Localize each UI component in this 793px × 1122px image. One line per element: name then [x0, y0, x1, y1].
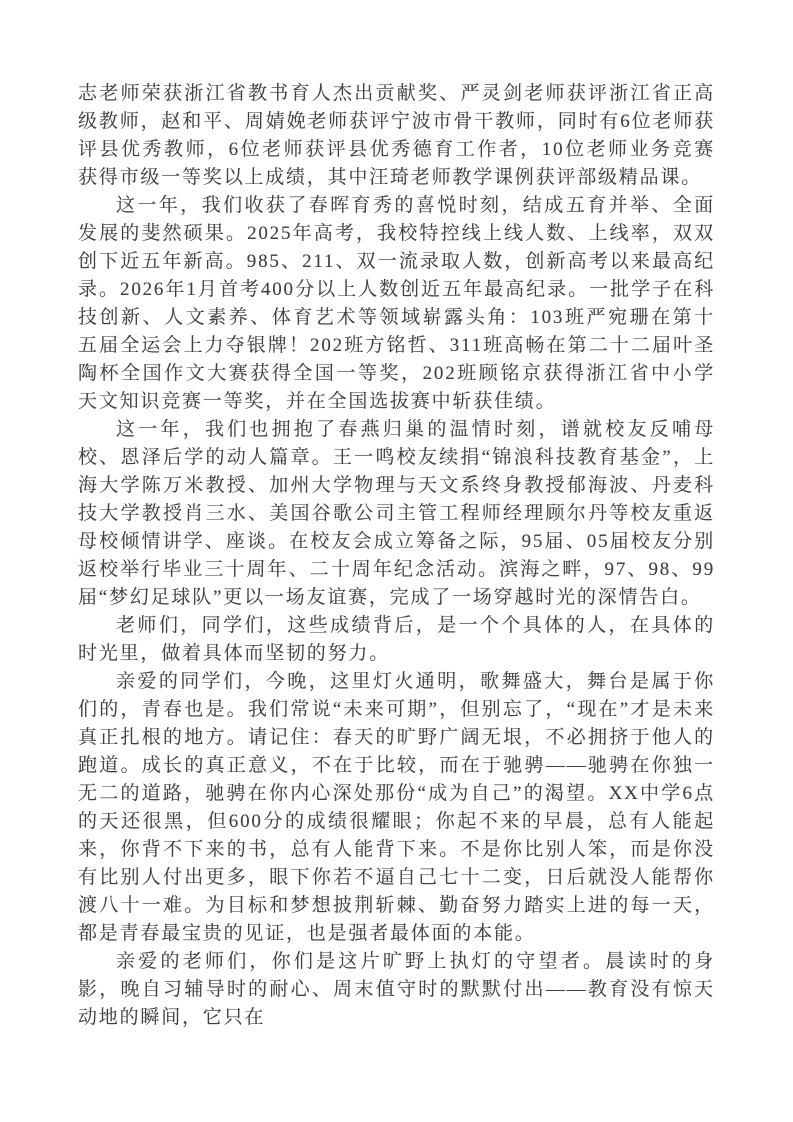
paragraph: 亲爱的老师们，你们是这片旷野上执灯的守望者。晨读时的身影，晚自习辅导时的耐心、周… — [78, 948, 715, 1032]
paragraph: 志老师荣获浙江省教书育人杰出贡献奖、严灵剑老师获评浙江省正高级教师，赵和平、周婧… — [78, 80, 715, 192]
paragraph: 老师们，同学们，这些成绩背后，是一个个具体的人，在具体的时光里，做着具体而坚韧的… — [78, 612, 715, 668]
paragraph: 这一年，我们也拥抱了春燕归巢的温情时刻，谱就校友反哺母校、恩泽后学的动人篇章。王… — [78, 416, 715, 612]
document-body: 志老师荣获浙江省教书育人杰出贡献奖、严灵剑老师获评浙江省正高级教师，赵和平、周婧… — [78, 80, 715, 1032]
document-page: 志老师荣获浙江省教书育人杰出贡献奖、严灵剑老师获评浙江省正高级教师，赵和平、周婧… — [0, 0, 793, 1122]
paragraph: 亲爱的同学们，今晚，这里灯火通明，歌舞盛大，舞台是属于你们的，青春也是。我们常说… — [78, 668, 715, 948]
paragraph: 这一年，我们收获了春晖育秀的喜悦时刻，结成五育并举、全面发展的斐然硕果。2025… — [78, 192, 715, 416]
